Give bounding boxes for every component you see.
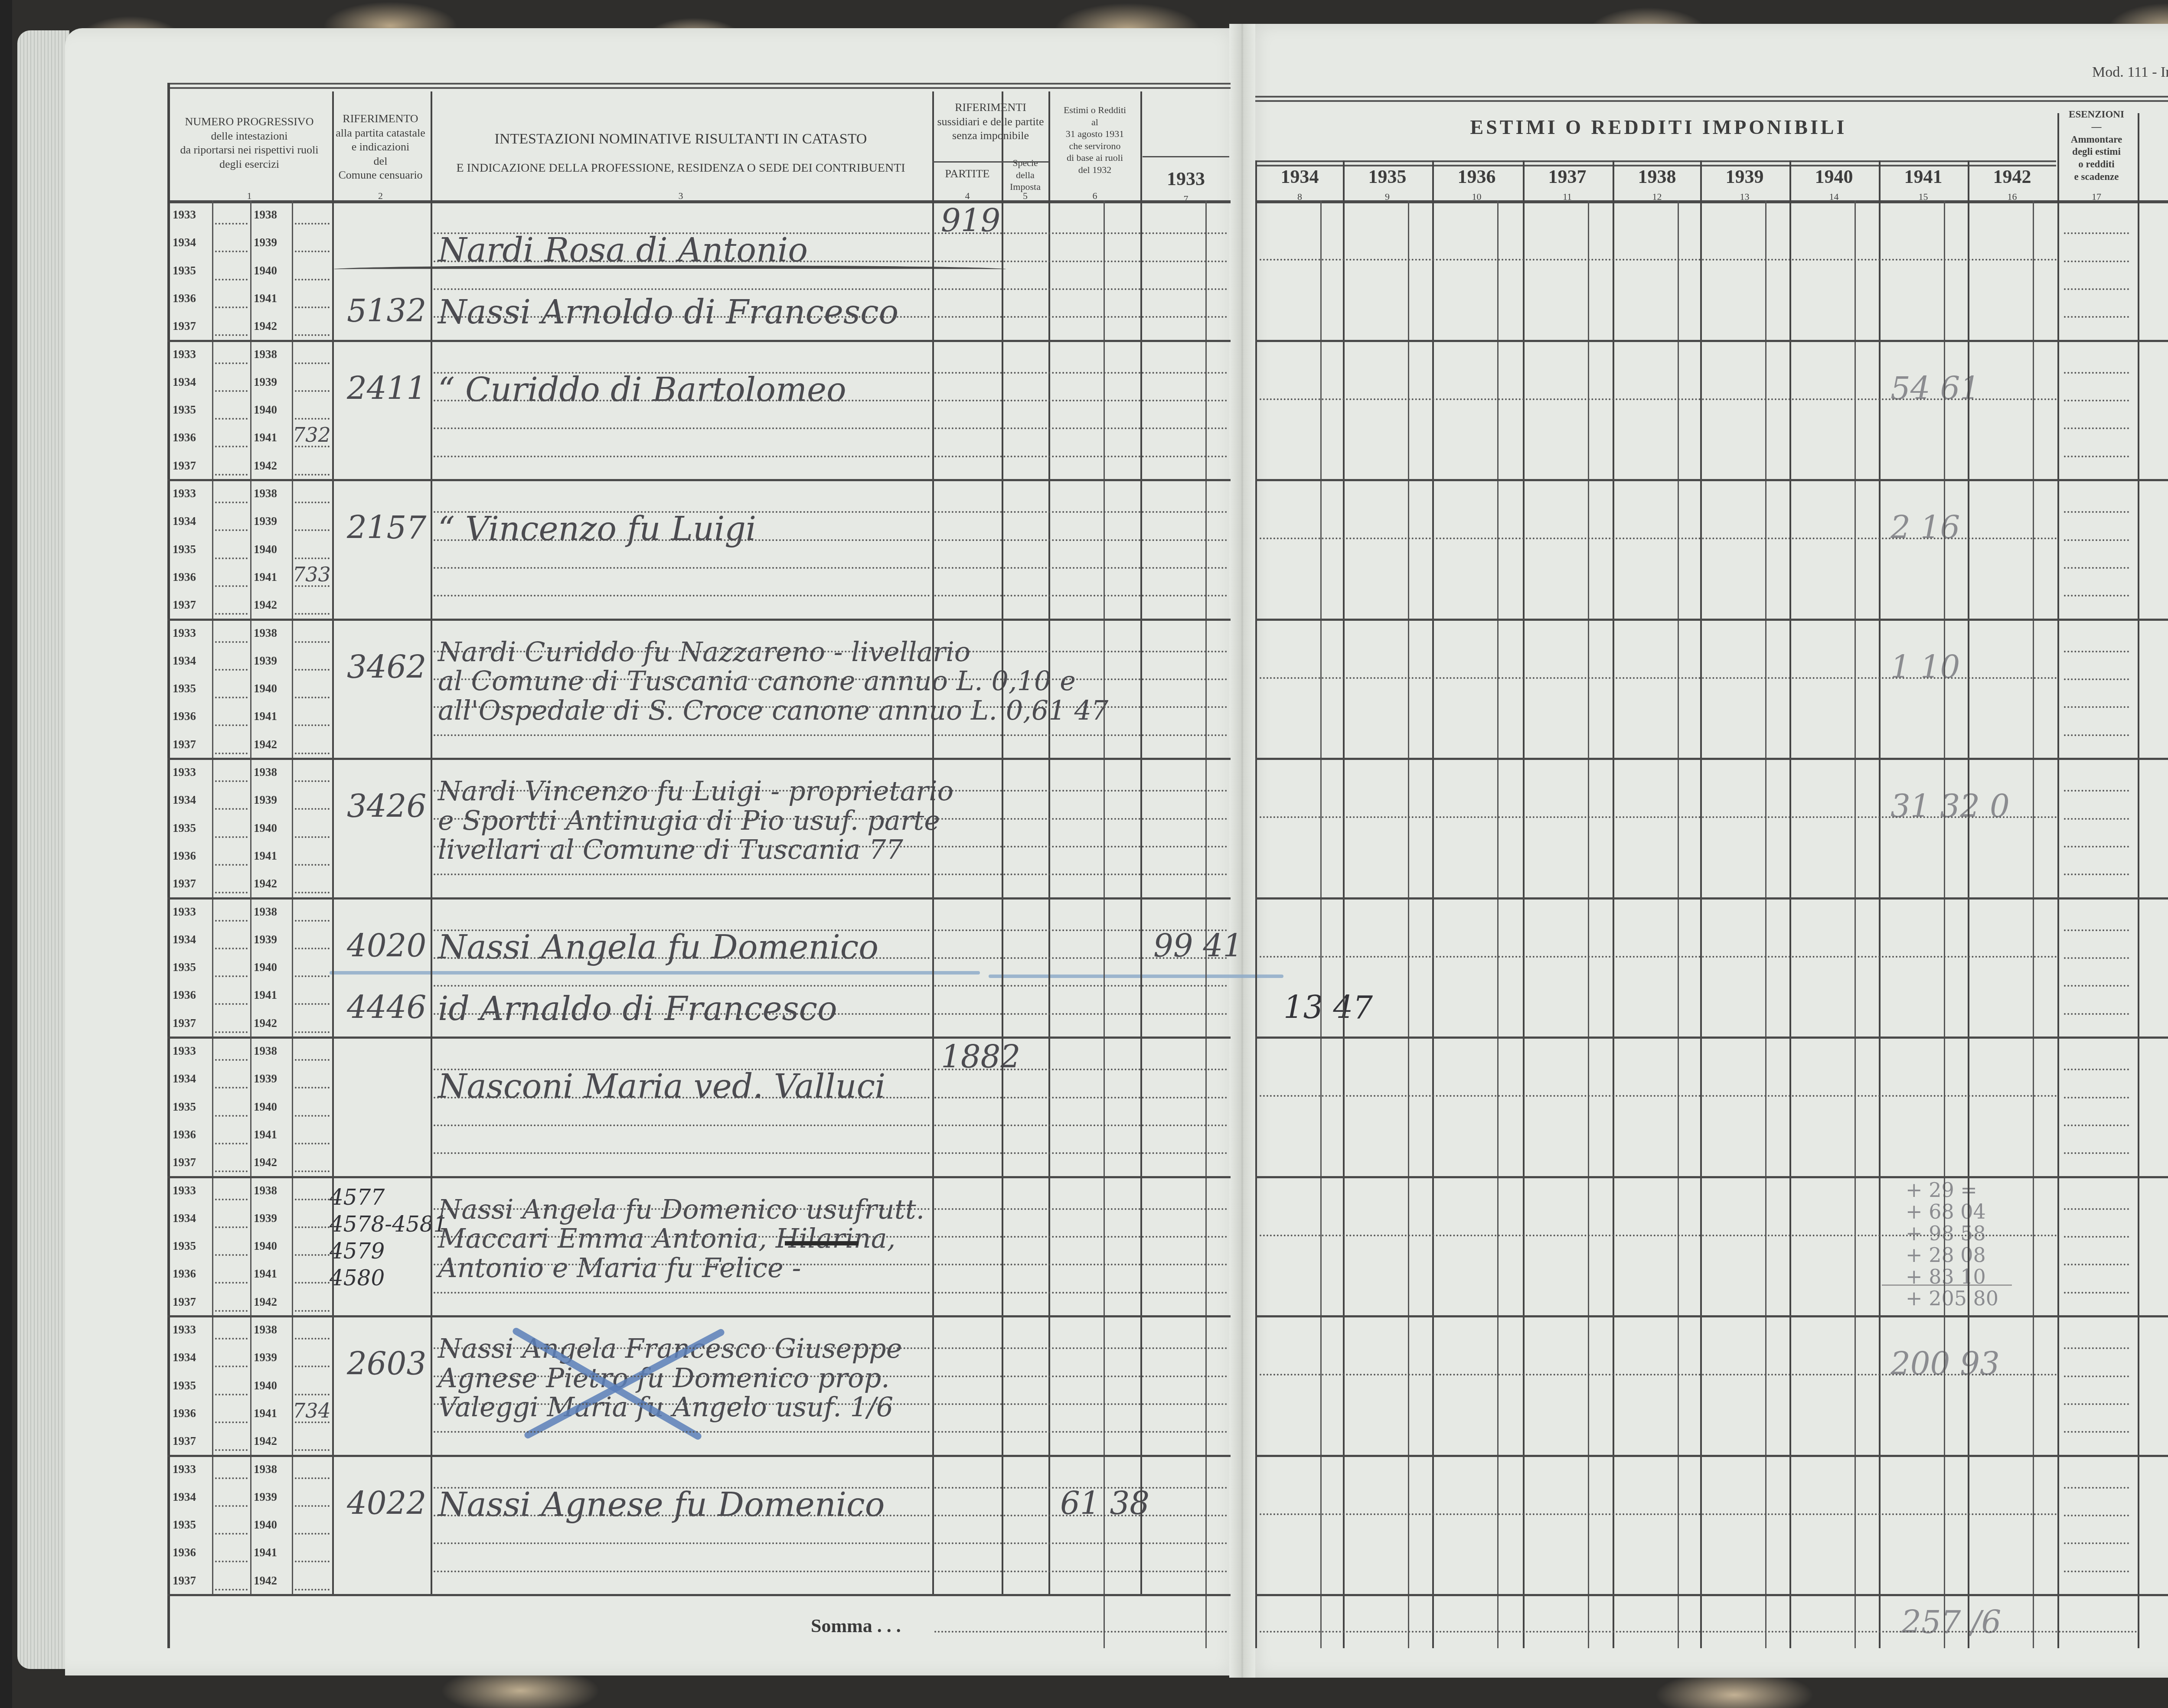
year-blank-line — [215, 753, 248, 754]
subheader-divider — [932, 161, 1048, 163]
taxpayer-name: Nasconi Maria ved. Valluci — [438, 1067, 885, 1105]
esenzioni-dotted-line — [2064, 1571, 2129, 1572]
year-blank-line — [295, 1338, 330, 1340]
year-label: 1934 — [173, 375, 196, 389]
cents-divider — [1855, 200, 1856, 1648]
entry-separator — [167, 1176, 1231, 1178]
column-divider — [1879, 160, 1881, 1648]
year-blank-line — [215, 864, 248, 866]
esenzioni-dotted-line — [2064, 1264, 2129, 1265]
sum-line: + 28 08 — [1906, 1243, 1986, 1267]
name-dotted-line — [434, 790, 930, 792]
col1-title: NUMERO PROGRESSIVO — [169, 115, 330, 129]
entry-separator — [167, 897, 1231, 900]
col2-line: alla partita catastale — [332, 126, 429, 140]
value-dotted-line — [934, 1264, 1227, 1265]
taxpayer-name: Antonio e Maria fu Felice - — [438, 1252, 801, 1284]
value-dotted-line — [934, 1013, 1227, 1015]
year-label: 1935 — [173, 1100, 196, 1114]
year-label: 1933 — [173, 905, 196, 919]
esenzioni-dotted-line — [2064, 1152, 2129, 1154]
esenzioni-dotted-line — [2064, 1403, 2129, 1405]
value-dotted-line — [934, 790, 1227, 792]
year-label: 1935 — [173, 1518, 196, 1532]
year-label: 1933 — [173, 1184, 196, 1197]
value-dotted-line — [934, 567, 1227, 569]
taxpayer-name: e Sportti Antinugia di Pio usuf. parte — [438, 805, 940, 836]
partita-number: 3426 — [347, 788, 426, 825]
entry-separator — [1255, 479, 2168, 481]
years-header-top — [1255, 160, 2056, 166]
year-label: 1936 — [173, 431, 196, 444]
year-blank-line — [215, 1561, 248, 1562]
partita-number: 3462 — [347, 649, 426, 685]
column-divider — [1789, 160, 1791, 1648]
col7-year: 1933 — [1143, 167, 1229, 191]
col5-line: Specie — [1002, 157, 1048, 169]
year-label: 1941 — [254, 988, 277, 1002]
esenzioni-dash: — — [2057, 121, 2135, 134]
year-blank-line — [215, 948, 248, 949]
col6-line: che servirono — [1049, 140, 1140, 152]
year-label: 1942 — [254, 1017, 277, 1030]
esenzioni-dotted-line — [2064, 1069, 2129, 1070]
col1-line: degli esercizi — [169, 157, 330, 172]
name-dotted-line — [434, 1013, 930, 1015]
year-blank-line — [295, 836, 330, 838]
year-label: 1937 — [173, 1574, 196, 1587]
year-column-header: 1939 — [1700, 165, 1789, 189]
year-blank-line — [295, 279, 330, 280]
year-label: 1937 — [173, 459, 196, 473]
esenzioni-dotted-line — [2064, 1236, 2129, 1238]
year-label: 1937 — [173, 877, 196, 890]
column-divider — [1343, 160, 1345, 1648]
year-label: 1936 — [173, 292, 196, 305]
sum-line: + 68 04 — [1906, 1200, 1986, 1223]
year-blank-line — [295, 418, 330, 420]
year-blank-line — [215, 1477, 248, 1479]
somma-label: Somma . . . — [811, 1615, 901, 1637]
year-column-header: 1936 — [1432, 165, 1521, 189]
esenzioni-title: ESENZIONI — [2057, 108, 2135, 121]
esenzioni-dotted-line — [2064, 1515, 2129, 1516]
year-blank-line — [295, 362, 330, 364]
year-label: 1933 — [173, 348, 196, 361]
side-reference-number: 733 — [293, 563, 331, 586]
name-dotted-line — [434, 595, 930, 596]
year-label: 1939 — [254, 793, 277, 807]
year-blank-line — [295, 1003, 330, 1005]
entry-separator — [167, 340, 1231, 342]
year-blank-line — [215, 251, 248, 252]
year-label: 1934 — [173, 515, 196, 528]
year-blank-line — [215, 697, 248, 698]
year-label: 1939 — [254, 375, 277, 389]
sum-line: + 29 = — [1906, 1178, 1977, 1202]
value-dotted-line — [934, 1431, 1227, 1433]
entry-separator — [167, 1455, 1231, 1457]
year-column-header: 1935 — [1343, 165, 1432, 189]
entry-separator — [1255, 1455, 2168, 1457]
value-dotted-line — [934, 595, 1227, 596]
year-blank-line — [295, 306, 330, 308]
year-blank-line — [215, 362, 248, 364]
year-label: 1933 — [173, 208, 196, 222]
value-dotted-line — [1260, 677, 2057, 679]
year-label: 1938 — [254, 1184, 277, 1197]
table-left-border — [167, 83, 170, 1648]
esenzioni-line: degli estimi — [2057, 146, 2135, 158]
value-dotted-line — [934, 539, 1227, 541]
year-label: 1942 — [254, 1156, 277, 1169]
partita-number: 4580 — [330, 1265, 385, 1291]
esenzioni-dotted-line — [2064, 567, 2129, 569]
year-label: 1938 — [254, 348, 277, 361]
year-blank-line — [295, 502, 330, 503]
entry-separator — [1255, 758, 2168, 760]
form-code: Mod. 111 - Imposte Dirette (Intercalare)… — [2092, 64, 2168, 81]
value-dotted-line — [934, 651, 1227, 652]
year-label: 1934 — [173, 654, 196, 668]
year-blank-line — [215, 1059, 248, 1061]
value-dotted-line — [934, 400, 1227, 401]
column-divider — [431, 91, 432, 1594]
year-blank-line — [215, 892, 248, 893]
year-blank-line — [295, 1059, 330, 1061]
year-label: 1935 — [173, 821, 196, 835]
year-blank-line — [295, 613, 330, 615]
year-blank-line — [295, 390, 330, 392]
annotazioni-title: ANNOTAZIONI — [2138, 137, 2168, 158]
column-divider — [932, 91, 934, 1594]
col6-header: Estimi o Redditi al 31 agosto 1931 che s… — [1049, 104, 1140, 176]
cents-divider — [1765, 200, 1766, 1648]
entry-separator — [167, 619, 1231, 621]
col6-line: del 1932 — [1049, 164, 1140, 176]
esenzioni-dotted-line — [2064, 288, 2129, 290]
year-label: 1937 — [173, 1017, 196, 1030]
year-label: 1940 — [254, 264, 277, 277]
year-blank-line — [215, 1003, 248, 1005]
year-blank-line — [295, 1505, 330, 1507]
value-dotted-line — [1260, 1235, 2057, 1236]
taxpayer-name: al Comune di Tuscania canone annuo L. 0,… — [438, 665, 1076, 697]
esenzioni-dotted-line — [2064, 1376, 2129, 1377]
value-dotted-line — [1260, 816, 2057, 818]
esenzioni-dotted-line — [2064, 846, 2129, 847]
year-blank-line — [215, 418, 248, 420]
year-blank-line — [215, 1366, 248, 1367]
year-label: 1934 — [173, 1490, 196, 1504]
year-label: 1942 — [254, 877, 277, 890]
entry-separator — [1255, 619, 2168, 621]
year-label: 1939 — [254, 515, 277, 528]
esenzioni-line: Ammontare — [2057, 134, 2135, 146]
value-dotted-line — [934, 261, 1227, 262]
year-blank-line — [215, 1087, 248, 1089]
value-dotted-line — [934, 1208, 1227, 1210]
partita-number: 4020 — [347, 928, 426, 964]
partita-number: 4579 — [330, 1239, 385, 1264]
value-dotted-line — [934, 846, 1227, 847]
partita-number: 4022 — [347, 1485, 426, 1522]
year-label: 1938 — [254, 208, 277, 222]
estimo-1934-value: 13 47 — [1283, 989, 1373, 1026]
entry-separator — [167, 479, 1231, 481]
name-dotted-line — [434, 1125, 930, 1126]
esenzioni-dotted-line — [2064, 595, 2129, 596]
year-label: 1938 — [254, 1463, 277, 1476]
col6-line: al — [1049, 116, 1140, 128]
entry-separator — [1255, 1176, 2168, 1178]
year-blank-line — [295, 1199, 330, 1200]
year-blank-line — [295, 1533, 330, 1535]
year-blank-line — [295, 1282, 330, 1284]
col7-header-divider — [1143, 156, 1229, 157]
name-dotted-line — [434, 734, 930, 736]
year-blank-line — [295, 1115, 330, 1117]
value-dotted-line — [934, 1487, 1227, 1489]
year-blank-line — [295, 641, 330, 643]
value-dotted-line — [1260, 1095, 2057, 1097]
col45-title: RIFERIMENTI — [933, 101, 1048, 115]
year-label: 1942 — [254, 1295, 277, 1309]
year-blank-line — [215, 1338, 248, 1340]
name-dotted-line — [434, 288, 930, 290]
partita-number: 2603 — [347, 1346, 426, 1382]
estimo-1941-value: 2 16 — [1890, 509, 1960, 546]
year-label: 1942 — [254, 1574, 277, 1587]
year-label: 1935 — [173, 961, 196, 974]
esenzioni-dotted-line — [2064, 874, 2129, 875]
esenzioni-dotted-line — [2064, 1542, 2129, 1544]
year-label: 1936 — [173, 988, 196, 1002]
year-blank-line — [215, 920, 248, 922]
value-dotted-line — [934, 734, 1227, 736]
taxpayer-name: Nassi Agnese fu Domenico — [438, 1485, 885, 1524]
name-dotted-line — [434, 1236, 930, 1238]
book-spine — [0, 0, 12, 1708]
year-label: 1941 — [254, 1546, 277, 1559]
year-blank-line — [295, 1087, 330, 1089]
col6-line: di base ai ruoli — [1049, 152, 1140, 164]
entry-separator — [1255, 897, 2168, 900]
year-blank-line — [295, 223, 330, 225]
year-blank-line — [215, 669, 248, 671]
year-label: 1935 — [173, 682, 196, 695]
year-label: 1935 — [173, 264, 196, 277]
year-blank-line — [295, 1310, 330, 1312]
name-dotted-line — [434, 1403, 930, 1405]
value-dotted-line — [934, 1376, 1227, 1377]
cents-divider — [1588, 200, 1589, 1648]
year-label: 1941 — [254, 849, 277, 863]
somma-dotted-line — [934, 1631, 1227, 1633]
year-label: 1937 — [173, 738, 196, 751]
year-blank-line — [295, 334, 330, 336]
blue-underline — [989, 975, 1283, 978]
value-dotted-line — [934, 1097, 1227, 1098]
year-label: 1936 — [173, 570, 196, 584]
name-dotted-line — [434, 1097, 930, 1098]
year-blank-line — [215, 1449, 248, 1451]
year-blank-line — [215, 836, 248, 838]
cents-divider — [1944, 200, 1945, 1648]
header-bottom-border — [167, 200, 1231, 203]
year-label: 1941 — [254, 431, 277, 444]
taxpayer-name: Nassi Angela fu Domenico — [438, 928, 878, 966]
value-dotted-line — [934, 511, 1227, 513]
year-label: 1937 — [173, 1156, 196, 1169]
year-blank-line — [295, 1561, 330, 1562]
name-dotted-line — [434, 1347, 930, 1349]
year-blank-line — [295, 1143, 330, 1144]
year-label: 1938 — [254, 1323, 277, 1336]
col6-line: Estimi o Redditi — [1049, 104, 1140, 116]
year-blank-line — [215, 975, 248, 977]
esenzioni-header: ESENZIONI — Ammontare degli estimi o red… — [2057, 108, 2135, 183]
year-blank-line — [295, 808, 330, 810]
name-dotted-line — [434, 818, 930, 820]
year-label: 1940 — [254, 1100, 277, 1114]
year-blank-line — [295, 557, 330, 559]
year-blank-line — [295, 529, 330, 531]
year-blank-line — [215, 808, 248, 810]
value-dotted-line — [1260, 1374, 2057, 1376]
name-dotted-line — [434, 1069, 930, 1070]
value-dotted-line — [934, 1403, 1227, 1405]
partita-number: 2411 — [347, 370, 426, 407]
right-page — [1242, 24, 2168, 1678]
sum-line: + 205 80 — [1906, 1287, 1998, 1310]
year-label: 1942 — [254, 598, 277, 612]
year-label: 1936 — [173, 1407, 196, 1420]
esenzioni-dotted-line — [2064, 456, 2129, 457]
name-dotted-line — [434, 400, 930, 401]
name-dotted-line — [434, 1152, 930, 1154]
year-label: 1941 — [254, 710, 277, 723]
esenzioni-dotted-line — [2064, 232, 2129, 234]
year-blank-line — [295, 892, 330, 893]
year-blank-line — [215, 223, 248, 225]
esenzioni-dotted-line — [2064, 372, 2129, 374]
value-dotted-line — [934, 1069, 1227, 1070]
year-label: 1935 — [173, 1379, 196, 1392]
esenzioni-dotted-line — [2064, 1097, 2129, 1098]
year-label: 1941 — [254, 292, 277, 305]
name-dotted-line — [434, 316, 930, 318]
name-dotted-line — [434, 1431, 930, 1433]
esenzioni-line: e scadenze — [2057, 171, 2135, 183]
value-dotted-line — [934, 288, 1227, 290]
year-blank-line — [295, 251, 330, 252]
year-label: 1937 — [173, 1434, 196, 1448]
year-blank-line — [295, 1394, 330, 1395]
taxpayer-name: Nardi Rosa di Antonio — [438, 231, 808, 269]
col2-line: Comune censuario — [332, 168, 429, 183]
name-dotted-line — [434, 567, 930, 569]
name-dotted-line — [434, 706, 930, 708]
year-blank-line — [215, 780, 248, 782]
year-column-header: 1937 — [1523, 165, 1612, 189]
year-label: 1941 — [254, 1407, 277, 1420]
header-bottom-border — [1255, 200, 2168, 203]
column-divider — [2138, 113, 2139, 1648]
year-label: 1934 — [173, 1351, 196, 1364]
estimo-1941-value: 1 10 — [1890, 649, 1960, 685]
year-label: 1940 — [254, 543, 277, 556]
taxpayer-name: Maccari Emma Antonia, Hilarina, — [438, 1222, 895, 1254]
year-blank-line — [295, 1170, 330, 1172]
name-dotted-line — [434, 1487, 930, 1489]
year-label: 1935 — [173, 403, 196, 417]
name-dotted-line — [434, 1542, 930, 1544]
taxpayer-name: id Arnaldo di Francesco — [438, 989, 837, 1028]
column-divider — [2057, 113, 2059, 1648]
year-blank-line — [215, 1394, 248, 1395]
year-blank-line — [215, 390, 248, 392]
year-blank-line — [295, 1254, 330, 1256]
year-blank-line — [215, 1533, 248, 1535]
year-label: 1934 — [173, 236, 196, 249]
year-blank-line — [215, 306, 248, 308]
sum-rule — [1882, 1284, 2012, 1286]
cents-divider — [1320, 200, 1322, 1648]
year-blank-line — [215, 474, 248, 476]
value-dotted-line — [934, 316, 1227, 318]
side-reference-number: 734 — [293, 1399, 331, 1422]
col1-header: NUMERO PROGRESSIVO delle intestazioni da… — [169, 115, 330, 171]
esenzioni-dotted-line — [2064, 985, 2129, 987]
year-label: 1942 — [254, 738, 277, 751]
year-label: 1939 — [254, 1490, 277, 1504]
year-label: 1937 — [173, 1295, 196, 1309]
table-top-border — [167, 83, 1231, 89]
estimi-group-title: ESTIMI O REDDITI IMPONIBILI — [1257, 115, 2060, 140]
column-divider — [332, 91, 334, 1594]
partita-number: 2157 — [347, 509, 426, 546]
year-label: 1934 — [173, 1072, 196, 1085]
esenzioni-dotted-line — [2064, 539, 2129, 541]
year-label: 1936 — [173, 1546, 196, 1559]
esenzioni-dotted-line — [2064, 929, 2129, 931]
sum-line: + 98 58 — [1906, 1222, 1986, 1245]
value-dotted-line — [934, 678, 1227, 680]
name-dotted-line — [434, 511, 930, 513]
year-blank-line — [215, 529, 248, 531]
year-blank-line — [295, 474, 330, 476]
year-blank-line — [295, 780, 330, 782]
taxpayer-name: Nassi Arnoldo di Francesco — [438, 293, 898, 331]
value-dotted-line — [934, 818, 1227, 820]
cents-divider — [2033, 200, 2034, 1648]
year-label: 1934 — [173, 933, 196, 946]
year-label: 1933 — [173, 626, 196, 640]
partita-number: 4577 — [330, 1185, 385, 1210]
year-column-header: 1942 — [1968, 165, 2057, 189]
year-blank-line — [295, 1589, 330, 1591]
value-dotted-line — [934, 929, 1227, 931]
col3-title: INTESTAZIONI NOMINATIVE RISULTANTI IN CA… — [431, 130, 930, 149]
year-label: 1940 — [254, 682, 277, 695]
year-label: 1933 — [173, 1044, 196, 1058]
name-dotted-line — [434, 1515, 930, 1516]
year-blank-line — [215, 502, 248, 503]
taxpayer-name: “ Curiddo di Bartolomeo — [438, 370, 846, 409]
entry-separator — [1255, 1315, 2168, 1317]
col2-line: del — [332, 154, 429, 169]
